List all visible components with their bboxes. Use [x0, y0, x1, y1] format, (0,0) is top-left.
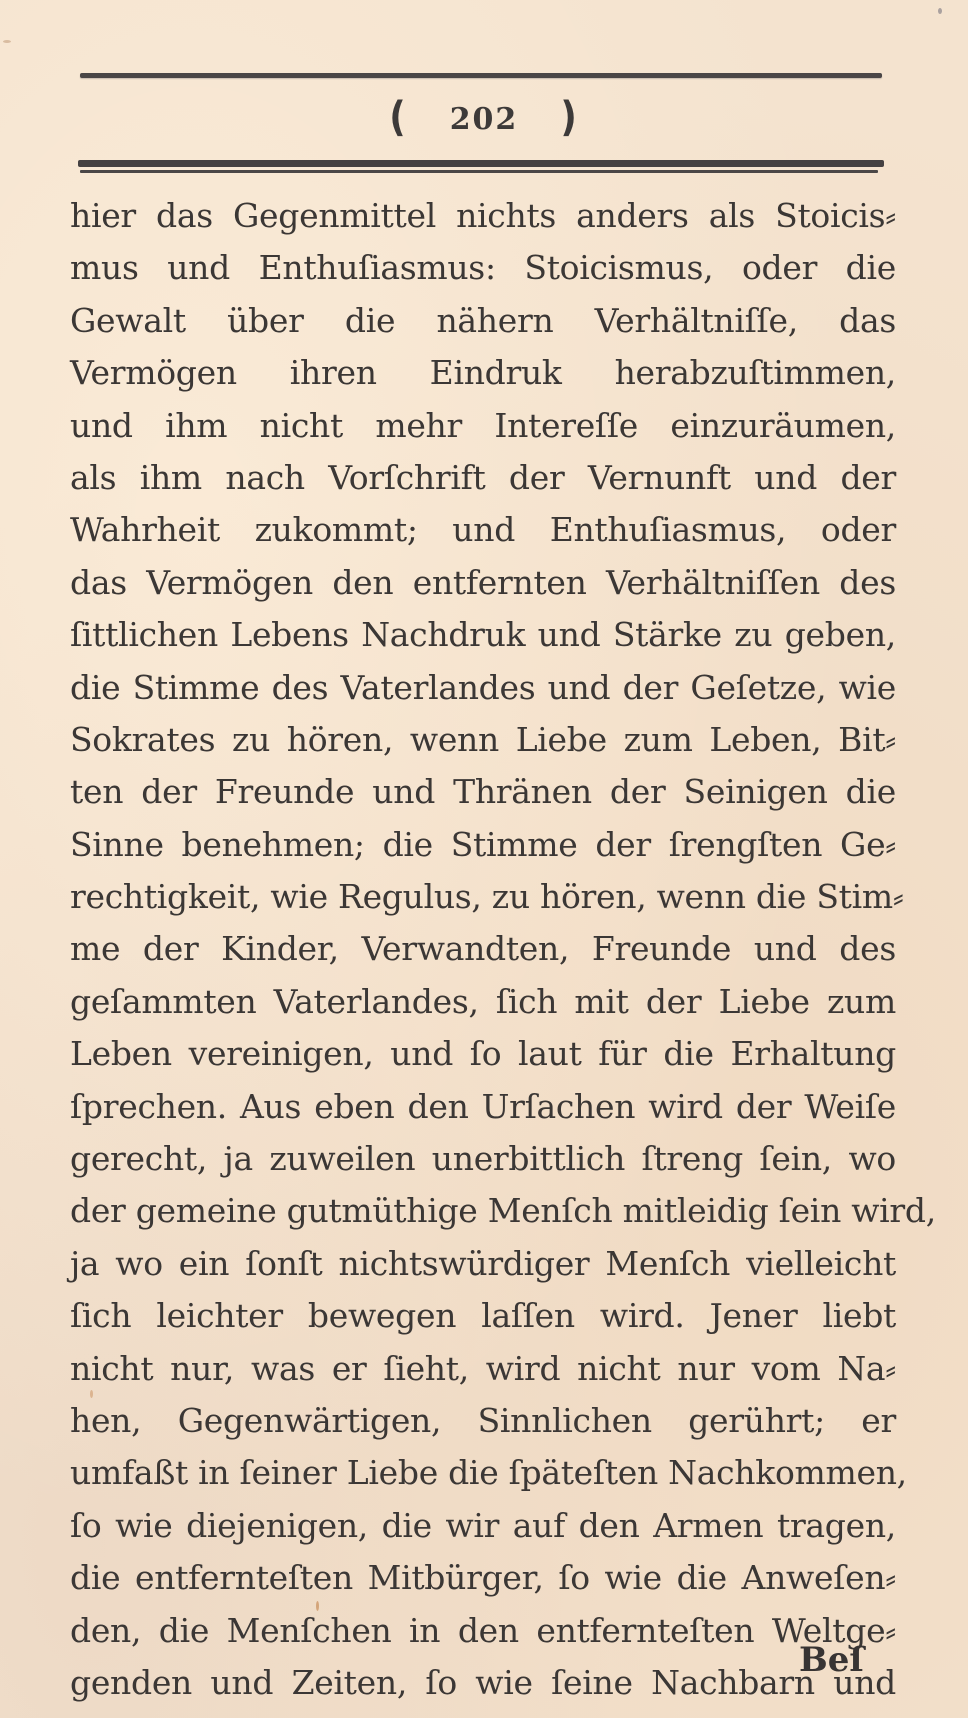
header-top-rule [80, 73, 882, 78]
header-rule-thin [80, 170, 878, 173]
catchword: Beſ [799, 1640, 864, 1680]
text-line: der gemeine gutmüthige Menſch mitleidig … [70, 1185, 896, 1237]
text-line: gerecht, ja zuweilen unerbittlich ſtreng… [70, 1133, 896, 1185]
text-line: Vermögen ihren Eindruk herabzuſtimmen, [70, 347, 896, 399]
text-line: Leben vereinigen, und ſo laut für die Er… [70, 1028, 896, 1080]
paper-speck [90, 1390, 93, 1398]
page-number-open-paren: ( [389, 84, 407, 153]
page-number-close-paren: ) [560, 84, 578, 153]
text-line: ſprechen. Aus eben den Urſachen wird der… [70, 1081, 896, 1133]
text-line: Gewalt über die nähern Verhältniſſe, das [70, 295, 896, 347]
text-line: und ihm nicht mehr Intereſſe einzuräumen… [70, 400, 896, 452]
text-line: genden und Zeiten, ſo wie ſeine Nachbarn… [70, 1657, 896, 1709]
body-text: hier das Gegenmittel nichts anders als S… [70, 190, 896, 1709]
text-line: die Stimme des Vaterlandes und der Geſet… [70, 662, 896, 714]
text-line: hen, Gegenwärtigen, Sinnlichen gerührt; … [70, 1395, 896, 1447]
text-line: mus und Enthuſiasmus: Stoicismus, oder d… [70, 242, 896, 294]
header-rule-thick [78, 160, 884, 167]
text-line: Sinne benehmen; die Stimme der ſrengſten… [70, 819, 896, 871]
paper-speck [938, 8, 942, 14]
text-line: ſich leichter bewegen laſſen wird. Jener… [70, 1290, 896, 1342]
page-header: (202) [0, 88, 968, 150]
text-line: umfaßt in ſeiner Liebe die ſpäteſten Nac… [70, 1447, 896, 1499]
page-number: 202 [450, 90, 519, 150]
text-line: ſittlichen Lebens Nachdruk und Stärke zu… [70, 609, 896, 661]
text-line: ja wo ein ſonſt nichtswürdiger Menſch vi… [70, 1238, 896, 1290]
text-line: ten der Freunde und Thränen der Seinigen… [70, 766, 896, 818]
text-line: ſo wie diejenigen, die wir auf den Armen… [70, 1500, 896, 1552]
text-line: me der Kinder, Verwandten, Freunde und d… [70, 923, 896, 975]
text-line: das Vermögen den entfernten Verhältniſſe… [70, 557, 896, 609]
book-page: (202) hier das Gegenmittel nichts anders… [0, 0, 968, 1718]
text-line: Wahrheit zukommt; und Enthuſiasmus, oder [70, 504, 896, 556]
header-double-rule [78, 160, 884, 174]
paper-speck [650, 1586, 654, 1590]
text-line: hier das Gegenmittel nichts anders als S… [70, 190, 896, 242]
text-line: nicht nur, was er ſieht, wird nicht nur … [70, 1343, 896, 1395]
text-line: geſammten Vaterlandes, ſich mit der Lieb… [70, 976, 896, 1028]
text-line: den, die Menſchen in den entfernteſten W… [70, 1605, 896, 1657]
text-line: die entfernteſten Mitbürger, ſo wie die … [70, 1552, 896, 1604]
paper-speck [3, 40, 11, 43]
text-line: als ihm nach Vorſchrift der Vernunft und… [70, 452, 896, 504]
text-line: Sokrates zu hören, wenn Liebe zum Leben,… [70, 714, 896, 766]
paper-speck [316, 1601, 319, 1611]
text-line: rechtigkeit, wie Regulus, zu hören, wenn… [70, 871, 896, 923]
